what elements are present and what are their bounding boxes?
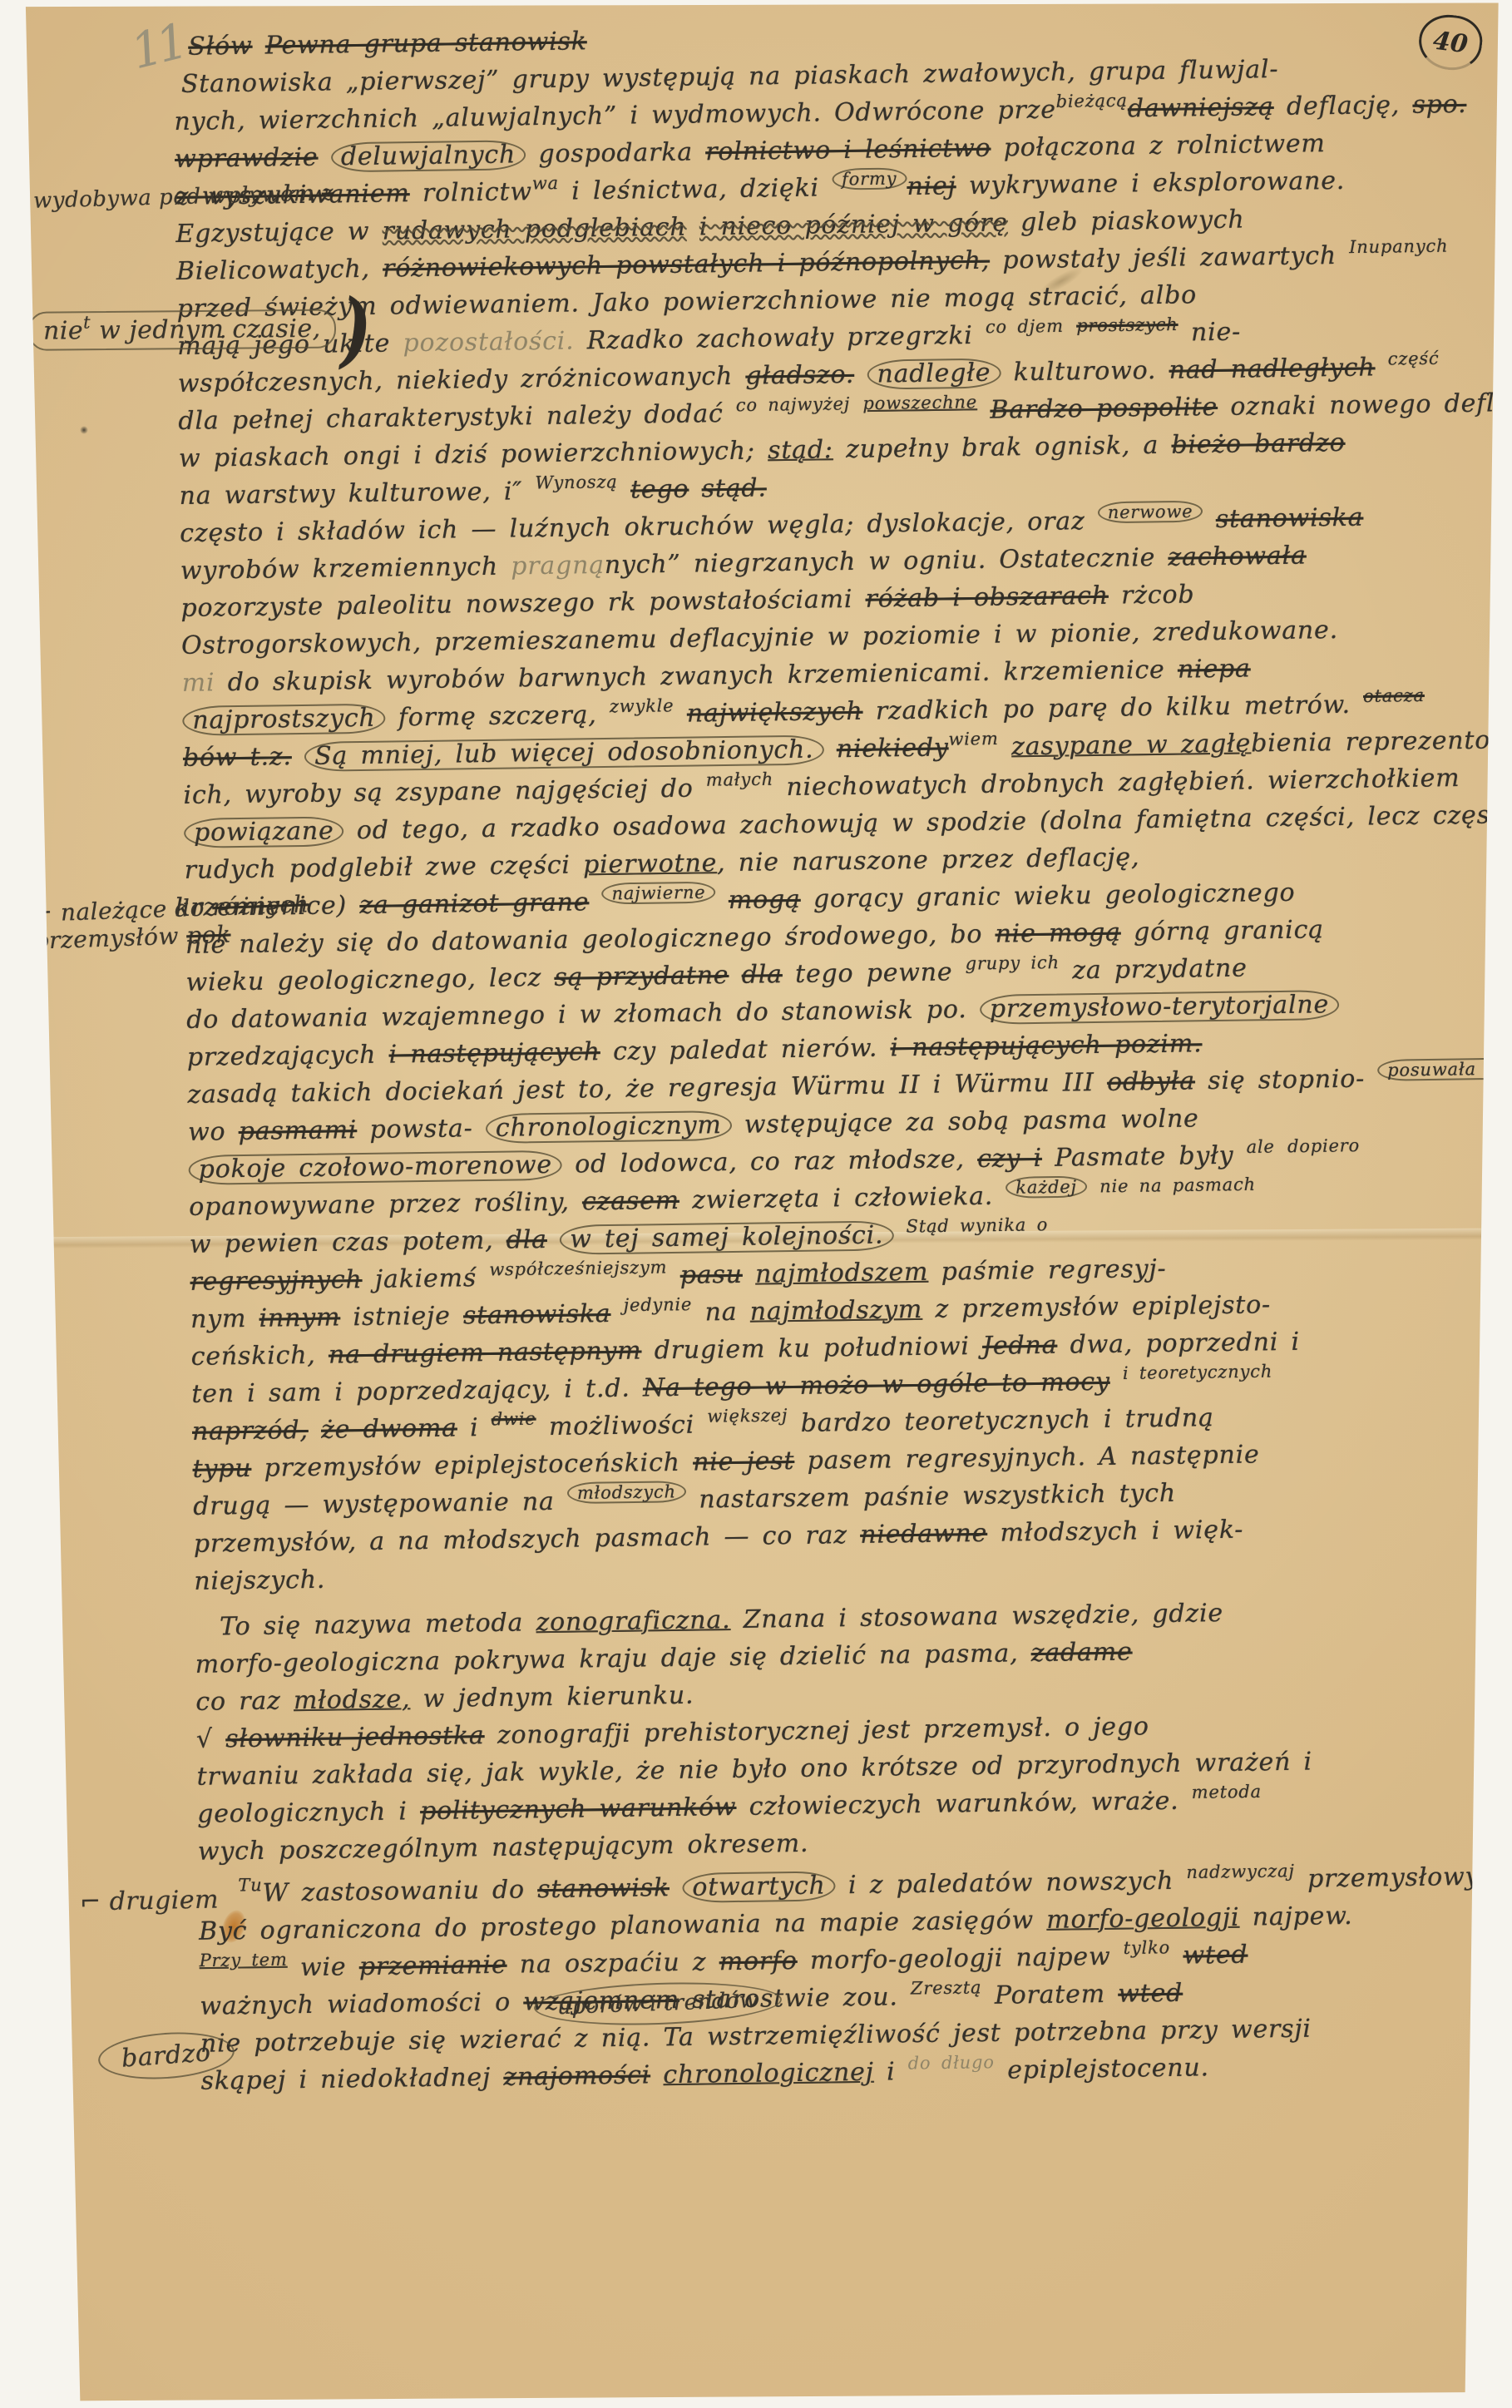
struck-text: słowniku jednostka xyxy=(225,1721,485,1753)
text-segment: pierwotne xyxy=(583,848,717,879)
text-segment: jakiemś xyxy=(362,1263,489,1294)
struck-text: i nieco później w górę xyxy=(699,208,1008,241)
text-segment: rolnictw xyxy=(409,177,532,208)
margin-note: bardzo xyxy=(96,2028,235,2083)
text-segment: morfo-geologiczna pokrywa kraju daje się… xyxy=(195,1639,1031,1679)
margin-note: ⌐ drugiem xyxy=(80,1886,220,1917)
text-segment: młodsze, xyxy=(294,1684,411,1715)
text-segment: epiplejstocenu. xyxy=(995,2053,1209,2085)
struck-text: przemianie xyxy=(359,1951,507,1981)
inserted-text: bieżącą xyxy=(1055,82,1128,121)
text-segment: nym xyxy=(190,1304,259,1334)
struck-text: różnych xyxy=(212,890,309,921)
text-segment: To się nazywa metoda xyxy=(220,1608,536,1641)
inserted-text: powszechne xyxy=(862,383,977,423)
text-segment: ⌐ drugiem xyxy=(80,1886,220,1917)
text-segment: połączona z rolnictwem xyxy=(991,129,1326,162)
struck-text: chronologicznej xyxy=(663,2058,874,2089)
text-segment xyxy=(1170,1941,1183,1970)
text-segment: wo xyxy=(188,1117,239,1147)
struck-text: niekiedy xyxy=(837,733,949,764)
inserted-text: nadzwyczaj xyxy=(1186,1852,1295,1891)
text-segment: tego pewne xyxy=(783,957,966,989)
text-segment: rzadkich po parę do kilku metrów. xyxy=(862,690,1363,726)
text-segment: , nie naruszone przez deflację, xyxy=(717,843,1140,878)
text-segment: przemysłów epiplejstoceńskich xyxy=(251,1448,693,1483)
text-segment: nie- xyxy=(1178,318,1241,348)
text-segment: i z paledatów nowszych xyxy=(835,1867,1186,1901)
struck-text: zachowała xyxy=(1168,541,1307,572)
text-segment: wie xyxy=(287,1952,359,1982)
struck-text: na drugiem następnym xyxy=(329,1336,642,1369)
struck-text: innym xyxy=(259,1303,340,1333)
text-segment: nie xyxy=(43,316,83,345)
struck-text: dawniejszą xyxy=(1128,92,1274,123)
circled-text: przemysłowo-terytorjalne xyxy=(980,990,1340,1024)
text-segment xyxy=(999,732,1012,761)
inserted-text: Wynoszą xyxy=(535,463,618,502)
struck-text: stanowiska xyxy=(1216,503,1364,534)
struck-text: rudawych podglebiach xyxy=(382,213,686,246)
text-segment: Znana i stosowana wszędzie, gdzie xyxy=(730,1599,1223,1634)
struck-text: typu xyxy=(192,1454,251,1484)
text-segment: wieku geologicznego, lecz xyxy=(185,963,554,997)
circled-text: chronologicznym xyxy=(486,1110,732,1144)
text-segment xyxy=(686,212,699,241)
circled-text: formy xyxy=(832,167,907,190)
note-text: ⌐ należące do różnychprzemysłów pok xyxy=(32,890,310,955)
text-segment: √ xyxy=(196,1724,226,1753)
text-segment: przedzających xyxy=(187,1041,389,1072)
page-number-badge: 40 xyxy=(1416,12,1485,74)
struck-text: największych xyxy=(687,697,863,729)
struck-text: tego xyxy=(630,475,689,505)
text-segment: bardzo xyxy=(121,2038,212,2073)
circled-text: posuwała ku północy xyxy=(1377,1056,1512,1081)
text-segment xyxy=(893,1220,907,1249)
struck-text: regresyjnych xyxy=(190,1265,363,1297)
text-segment: przemysłów, a na młodszych pasmach — co … xyxy=(194,1520,861,1559)
note-line: niet w jednym czasie, xyxy=(43,314,321,345)
inserted-text: wa xyxy=(531,165,559,202)
circled-text: nerwowe xyxy=(1098,501,1203,524)
struck-text: czasem xyxy=(582,1186,679,1217)
inserted-text: co najwyżej xyxy=(736,385,851,424)
text-segment xyxy=(823,734,837,764)
struck-text: i następujących pozim. xyxy=(890,1029,1202,1062)
struck-text: wted xyxy=(1183,1941,1248,1970)
text-segment: drugiem ku południowi xyxy=(641,1332,982,1366)
text-segment: formę szczerą, xyxy=(385,700,610,733)
text-segment: młodszych i więk- xyxy=(987,1516,1244,1548)
text-segment xyxy=(743,1260,756,1289)
text-segment: uporów i trendów xyxy=(557,1988,759,2020)
struck-text: różnowiekowych powstałych i późnopolnych… xyxy=(383,246,990,284)
inserted-text: współcześniejszym xyxy=(489,1249,668,1288)
struck-text: rolnictwo i leśnictwo xyxy=(705,134,991,167)
text-segment: górną granicą xyxy=(1121,915,1325,947)
struck-text: są przydatne xyxy=(554,961,729,992)
circled-text: każdej xyxy=(1006,1176,1087,1199)
text-segment: zupełny brak ognisk, a xyxy=(833,431,1172,465)
struck-text: Słów xyxy=(188,32,253,62)
text-segment: stąd: xyxy=(768,435,833,465)
paper-stain xyxy=(80,426,88,434)
text-segment: przemysłów xyxy=(33,922,187,954)
text-segment: wykrywane i eksplorowane. xyxy=(956,166,1345,200)
struck-text: pok xyxy=(186,921,231,950)
text-segment: ceńskich, xyxy=(191,1341,329,1372)
circled-text: najprostszych xyxy=(182,704,386,736)
manuscript-paper: 11 40 Słów Pewna grupa stanowiskStanowis… xyxy=(0,0,1512,2408)
text-segment: geologicznych i xyxy=(197,1797,420,1829)
struck-text: najmłodszem xyxy=(755,1258,929,1289)
struck-text: znajomości xyxy=(503,2060,650,2091)
inserted-text: Przy tem xyxy=(199,1941,288,1980)
insertion-bracket: ) xyxy=(340,282,372,377)
faded-text: pragną xyxy=(511,551,605,581)
struck-text: że dwoma xyxy=(321,1414,457,1445)
text-segment: bardzo teoretycznych i trudną xyxy=(788,1403,1214,1438)
text-segment: co raz xyxy=(195,1686,294,1717)
text-segment: w piaskach ongi i dziś powierzchniowych; xyxy=(179,436,768,473)
inserted-text: Inupanych xyxy=(1349,228,1449,267)
framed-note-text: uporów i trendów xyxy=(533,1979,782,2029)
text-segment: możliwości xyxy=(536,1410,707,1441)
struck-text: stanowiska xyxy=(463,1299,611,1330)
text-segment: i leśnictwa, dzięki xyxy=(559,173,833,205)
struck-text: stanowisk xyxy=(537,1873,670,1904)
text-segment xyxy=(308,1416,321,1445)
framed-note-text: bardzo xyxy=(96,2028,235,2083)
struck-text: czy i xyxy=(977,1144,1042,1174)
text-segment: gleb piaskowych xyxy=(1008,205,1245,237)
text-segment: nych” niegrzanych w ogniu. Ostatecznie xyxy=(605,543,1169,580)
inserted-text: część xyxy=(1387,340,1439,378)
text-segment: w jednym kierunku. xyxy=(410,1681,694,1714)
text-segment xyxy=(650,2060,664,2089)
struck-text: spo. xyxy=(1412,90,1466,120)
text-segment xyxy=(670,1873,683,1902)
text-segment: ważnych wiadomości o xyxy=(200,1987,523,2020)
margin-note: uporów i trendów xyxy=(533,1979,782,2029)
text-segment: na xyxy=(692,1298,750,1328)
text-segment: skąpej i niedokładnej xyxy=(200,2063,503,2096)
circled-text: pokoje czołowo-morenowe xyxy=(188,1150,562,1185)
inserted-text: i teoretycznych xyxy=(1123,1353,1273,1392)
struck-text: Jedna xyxy=(982,1331,1058,1361)
margin-note: niet w jednym czasie,) xyxy=(28,291,373,370)
struck-text: pasmami xyxy=(239,1115,358,1146)
circled-text: powiązane xyxy=(184,816,344,848)
text-segment xyxy=(729,961,742,990)
inserted-text: tylko xyxy=(1123,1929,1170,1967)
text-segment xyxy=(1375,353,1388,382)
text-segment: niechowatych drobnych zagłębień. wierzch… xyxy=(773,764,1460,802)
inserted-text: zwykle xyxy=(610,687,674,725)
inserted-text: Tu xyxy=(238,1867,263,1904)
text-segment: czy paledat nierów. xyxy=(600,1033,890,1066)
inserted-text: większej xyxy=(707,1397,788,1435)
text-segment: gorący granic wieku geologicznego xyxy=(800,878,1295,914)
text-segment xyxy=(617,476,630,505)
inserted-text: nie na pasmach xyxy=(1099,1166,1256,1206)
struck-text: mogą xyxy=(729,885,801,915)
struck-text: otacza xyxy=(1363,677,1425,715)
inserted-text: do długo xyxy=(907,2044,995,2082)
text-segment: od lodowca, co raz młodsze, xyxy=(562,1145,978,1179)
circled-text: najwierne xyxy=(601,882,715,905)
struck-text: wprawdzie xyxy=(175,143,319,174)
text-segment: deflację, xyxy=(1273,91,1412,121)
text-segment: niejszych. xyxy=(194,1565,325,1596)
struck-text: prostszych xyxy=(1076,306,1178,345)
text-segment: W zastosowaniu do xyxy=(262,1875,537,1907)
struck-text: naprzód, xyxy=(192,1416,309,1446)
struck-text: politycznych warunków xyxy=(420,1792,737,1826)
struck-text: stąd. xyxy=(701,473,767,503)
text-segment: i xyxy=(874,2057,909,2087)
struck-text: zadame xyxy=(1031,1637,1133,1668)
text-segment xyxy=(689,474,702,503)
page-number: 40 xyxy=(1431,26,1470,59)
struck-text: różab i obszarach xyxy=(865,581,1109,614)
inserted-text: dopiero xyxy=(1287,1127,1361,1165)
circled-text: młodszych xyxy=(567,1481,686,1504)
inserted-text: małych xyxy=(706,761,774,799)
text-segment: rżcob xyxy=(1109,580,1195,610)
struck-text: Bardzo pospolite xyxy=(990,393,1218,425)
text-segment: na warstwy kulturowe, i″ xyxy=(179,477,535,511)
framed-note-text: niet w jednym czasie, xyxy=(28,309,336,350)
text-segment xyxy=(1109,1367,1123,1397)
faded-text: mi xyxy=(181,668,215,698)
margin-note: ⌐ należące do różnychprzemysłów pok xyxy=(32,890,310,955)
text-segment: przemysłowych. xyxy=(1295,1862,1512,1894)
text-segment: powsta- xyxy=(357,1114,486,1145)
text-segment xyxy=(1203,505,1216,534)
text-segment: ten i sam i poprzedzający, i t.d. xyxy=(191,1373,643,1408)
note-line: ⌐ drugiem xyxy=(80,1886,220,1917)
text-segment xyxy=(1064,319,1077,349)
text-segment: najmłodszym xyxy=(750,1295,923,1327)
text-segment: zonografji prehistorycznej jest przemysł… xyxy=(484,1712,1149,1750)
text-segment xyxy=(715,886,729,915)
text-segment: ich, wyroby są zsypane najgęściej do xyxy=(183,774,706,810)
text-segment: dla pełnej charakterystyki należy dodać xyxy=(178,399,736,436)
inserted-text: Stąd wynika o xyxy=(906,1206,1048,1245)
inserted-text: metoda xyxy=(1191,1773,1262,1812)
struck-text: z xyxy=(321,180,334,205)
text-segment: się stopnio- xyxy=(1195,1064,1378,1095)
text-segment: Poratem xyxy=(981,1980,1118,2010)
struck-text: za ganizot grane xyxy=(359,888,589,920)
text-segment: paśmie regresyj- xyxy=(928,1254,1167,1287)
text-segment xyxy=(674,700,687,729)
text-segment: najpew. xyxy=(1239,1901,1353,1932)
inserted-text: grupy ich xyxy=(965,944,1060,983)
struck-text: dwie xyxy=(491,1401,536,1439)
text-segment: za przydatne xyxy=(1060,954,1248,986)
note-text: ⌐ drugiem xyxy=(80,1886,220,1917)
text-segment: w jednym czasie, xyxy=(91,314,321,344)
struck-text: nie jest xyxy=(693,1446,795,1477)
text-segment: i xyxy=(457,1413,492,1443)
text-segment xyxy=(850,398,863,427)
text-segment: powstały jeśli zawartych xyxy=(990,241,1350,275)
struck-text: niepa xyxy=(1178,654,1251,684)
note-line: bardzo xyxy=(121,2038,212,2073)
struck-text: bów t.z. xyxy=(183,742,292,773)
text-segment: Rzadko zachowały przegrzki xyxy=(574,321,986,356)
text-segment: zonograficzna. xyxy=(536,1605,730,1637)
text-segment xyxy=(292,742,305,771)
text-segment: istnieje xyxy=(340,1301,463,1332)
text-segment: kulturowo. xyxy=(1001,356,1169,388)
text-segment: zasypane w zagłę xyxy=(1011,729,1252,761)
text-segment xyxy=(977,396,991,425)
text-segment: oznaki nowego deflowa- xyxy=(1218,388,1512,422)
struck-text: Pewna grupa stanowisk xyxy=(265,27,587,60)
circled-text: deluwjalnych xyxy=(331,140,526,172)
text-segment xyxy=(1087,1180,1100,1209)
struck-text: i następujących xyxy=(388,1037,600,1069)
text-segment: bienia reprezentowanych xyxy=(1251,724,1512,759)
struck-text: nad nadległych xyxy=(1169,353,1375,384)
inserted-text: Zresztą xyxy=(911,1969,982,2007)
struck-text: niedawne xyxy=(860,1519,987,1550)
inserted-text: t xyxy=(83,312,91,332)
text-segment: drugą — występowanie na xyxy=(193,1487,567,1521)
inserted-text: wiem xyxy=(948,720,999,759)
text-segment: do datowania wzajemnego i w złomach do s… xyxy=(186,995,980,1035)
note-line: uporów i trendów xyxy=(557,1988,759,2020)
struck-text: odbyła xyxy=(1107,1066,1195,1096)
text-segment: wstępujące za sobą pasma wolne xyxy=(731,1104,1199,1140)
text-segment: wych poszczególnym następującym okresem. xyxy=(198,1829,809,1867)
text-segment: Egzystujące w xyxy=(175,217,383,249)
text-segment: z przemysłów epiplejsto- xyxy=(922,1290,1271,1324)
inserted-text: jedynie xyxy=(623,1286,692,1324)
struck-text: bieżo bardzo xyxy=(1171,428,1346,460)
text-segment: na oszpaćiu z xyxy=(506,1947,719,1979)
text-segment: wyrobów krzemiennych xyxy=(180,552,511,586)
text-segment xyxy=(318,142,331,171)
scanned-manuscript-page: { "page": { "number": "40", "pencil_mark… xyxy=(0,0,1512,2408)
text-segment: nastarszem paśnie wszystkich tych xyxy=(686,1479,1177,1515)
text-segment: opanowywane przez rośliny, xyxy=(189,1187,582,1221)
text-segment: pozorzyste paleolitu nowszego rk powstał… xyxy=(180,585,866,623)
text-segment: rudych podglebił zwe części xyxy=(185,850,584,885)
struck-text: niej xyxy=(907,171,956,201)
text-segment: pasem regresyjnych. A następnie xyxy=(794,1440,1260,1476)
inserted-text: ale xyxy=(1246,1128,1275,1165)
struck-text: dla xyxy=(741,960,783,990)
circled-text: otwartych xyxy=(682,1871,836,1902)
text-segment xyxy=(252,31,265,60)
inserted-text: co djem xyxy=(986,308,1065,346)
text-segment xyxy=(589,888,602,917)
text-segment: w pewien czas potem, xyxy=(190,1226,506,1259)
text-segment xyxy=(610,1299,624,1328)
text-segment xyxy=(1275,1140,1288,1169)
struck-text: morfo xyxy=(719,1946,797,1976)
struck-text: wted xyxy=(1118,1979,1183,2009)
text-segment: człowieczych warunków, wraże. xyxy=(736,1787,1192,1822)
faded-text: pozostałości. xyxy=(403,326,574,358)
